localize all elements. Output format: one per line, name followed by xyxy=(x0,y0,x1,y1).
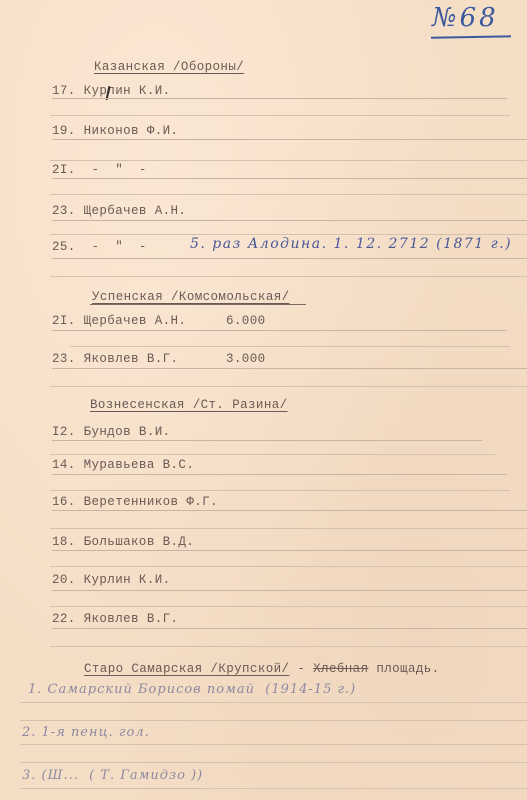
entry-text: 17. Курлин К.И. xyxy=(52,84,171,98)
entry-text: I2. Бундов В.И. xyxy=(52,425,171,439)
entry-amount: 6.000 xyxy=(226,314,266,328)
ruled-line xyxy=(50,528,527,529)
pencil-note: 2. 1-я пенц. гол. xyxy=(22,725,150,740)
ruled-line xyxy=(50,566,527,567)
section-heading-staro-samarskaya: Старо Самарская /Крупской/ - Хлебная пло… xyxy=(84,662,440,676)
entry-text: 2I. - " - xyxy=(52,163,147,177)
struck-text: Хлебная xyxy=(313,662,368,676)
ruled-line xyxy=(50,160,527,161)
entry-text: 23. Яковлев В.Г. xyxy=(52,352,178,366)
ruled-line xyxy=(70,346,510,347)
ruled-line xyxy=(50,646,527,647)
pencil-note: 1. Самарский Борисов помай (1914-15 г.) xyxy=(28,682,356,697)
section-heading-uspenskaya: Успенская /Комсомольская/ xyxy=(92,290,290,304)
document-page: №68 Казанская /Обороны/ 17. Курлин К.И. … xyxy=(0,0,527,800)
handwritten-note: 5. раз Алодина. 1. 12. 2712 (1871 г.) xyxy=(190,236,512,252)
entry-text: 23. Щербачев А.Н. xyxy=(52,204,186,218)
entry-text: 25. - " - xyxy=(52,240,147,254)
ruled-line xyxy=(52,628,527,629)
ruled-line xyxy=(50,490,510,491)
entry-text: 22. Яковлев В.Г. xyxy=(52,612,178,626)
section-heading-main: Старо Самарская /Крупской/ xyxy=(84,662,289,676)
entry-text: 14. Муравьева В.С. xyxy=(52,458,194,472)
ruled-line xyxy=(52,330,507,331)
pencil-note: 3. (Ш... ( Т. Гамидзо )) xyxy=(22,768,203,783)
ruled-line xyxy=(52,440,482,441)
ruled-line xyxy=(20,788,527,789)
ruled-line xyxy=(20,762,527,763)
ruled-line xyxy=(50,276,527,277)
entry-text: 20. Курлин К.И. xyxy=(52,573,171,587)
ruled-line xyxy=(52,368,527,369)
entry-text: 16. Веретенников Ф.Г. xyxy=(52,495,218,509)
ruled-line xyxy=(50,234,527,235)
ruled-line xyxy=(52,178,527,179)
ruled-line xyxy=(52,590,527,591)
section-heading-tail: площадь. xyxy=(368,662,439,676)
ruled-line xyxy=(50,386,527,387)
ruled-line xyxy=(52,550,527,551)
ruled-line xyxy=(52,220,527,221)
section-heading-dash: - xyxy=(289,662,313,676)
ruled-line xyxy=(52,139,527,140)
ruled-line xyxy=(52,258,527,259)
section-heading-kazanskaya: Казанская /Обороны/ xyxy=(94,60,244,74)
ruled-line xyxy=(20,720,527,721)
entry-text: 2I. Щербачев А.Н. xyxy=(52,314,186,328)
heading-underline xyxy=(90,304,306,305)
ruled-line xyxy=(50,115,510,116)
ruled-line xyxy=(50,194,527,195)
folio-underline xyxy=(431,35,511,38)
entry-text: 19. Никонов Ф.И. xyxy=(52,124,178,138)
entry-amount: 3.000 xyxy=(226,352,266,366)
ruled-line xyxy=(50,606,527,607)
ruled-line xyxy=(50,454,495,455)
ruled-line xyxy=(52,474,507,475)
entry-text: 18. Большаков В.Д. xyxy=(52,535,194,549)
ruled-line xyxy=(52,510,527,511)
ruled-line xyxy=(20,744,527,745)
ruled-line xyxy=(20,702,527,703)
ruled-line xyxy=(52,98,507,99)
section-heading-voznesenskaya: Вознесенская /Ст. Разина/ xyxy=(90,398,288,412)
folio-number: №68 xyxy=(432,3,499,33)
